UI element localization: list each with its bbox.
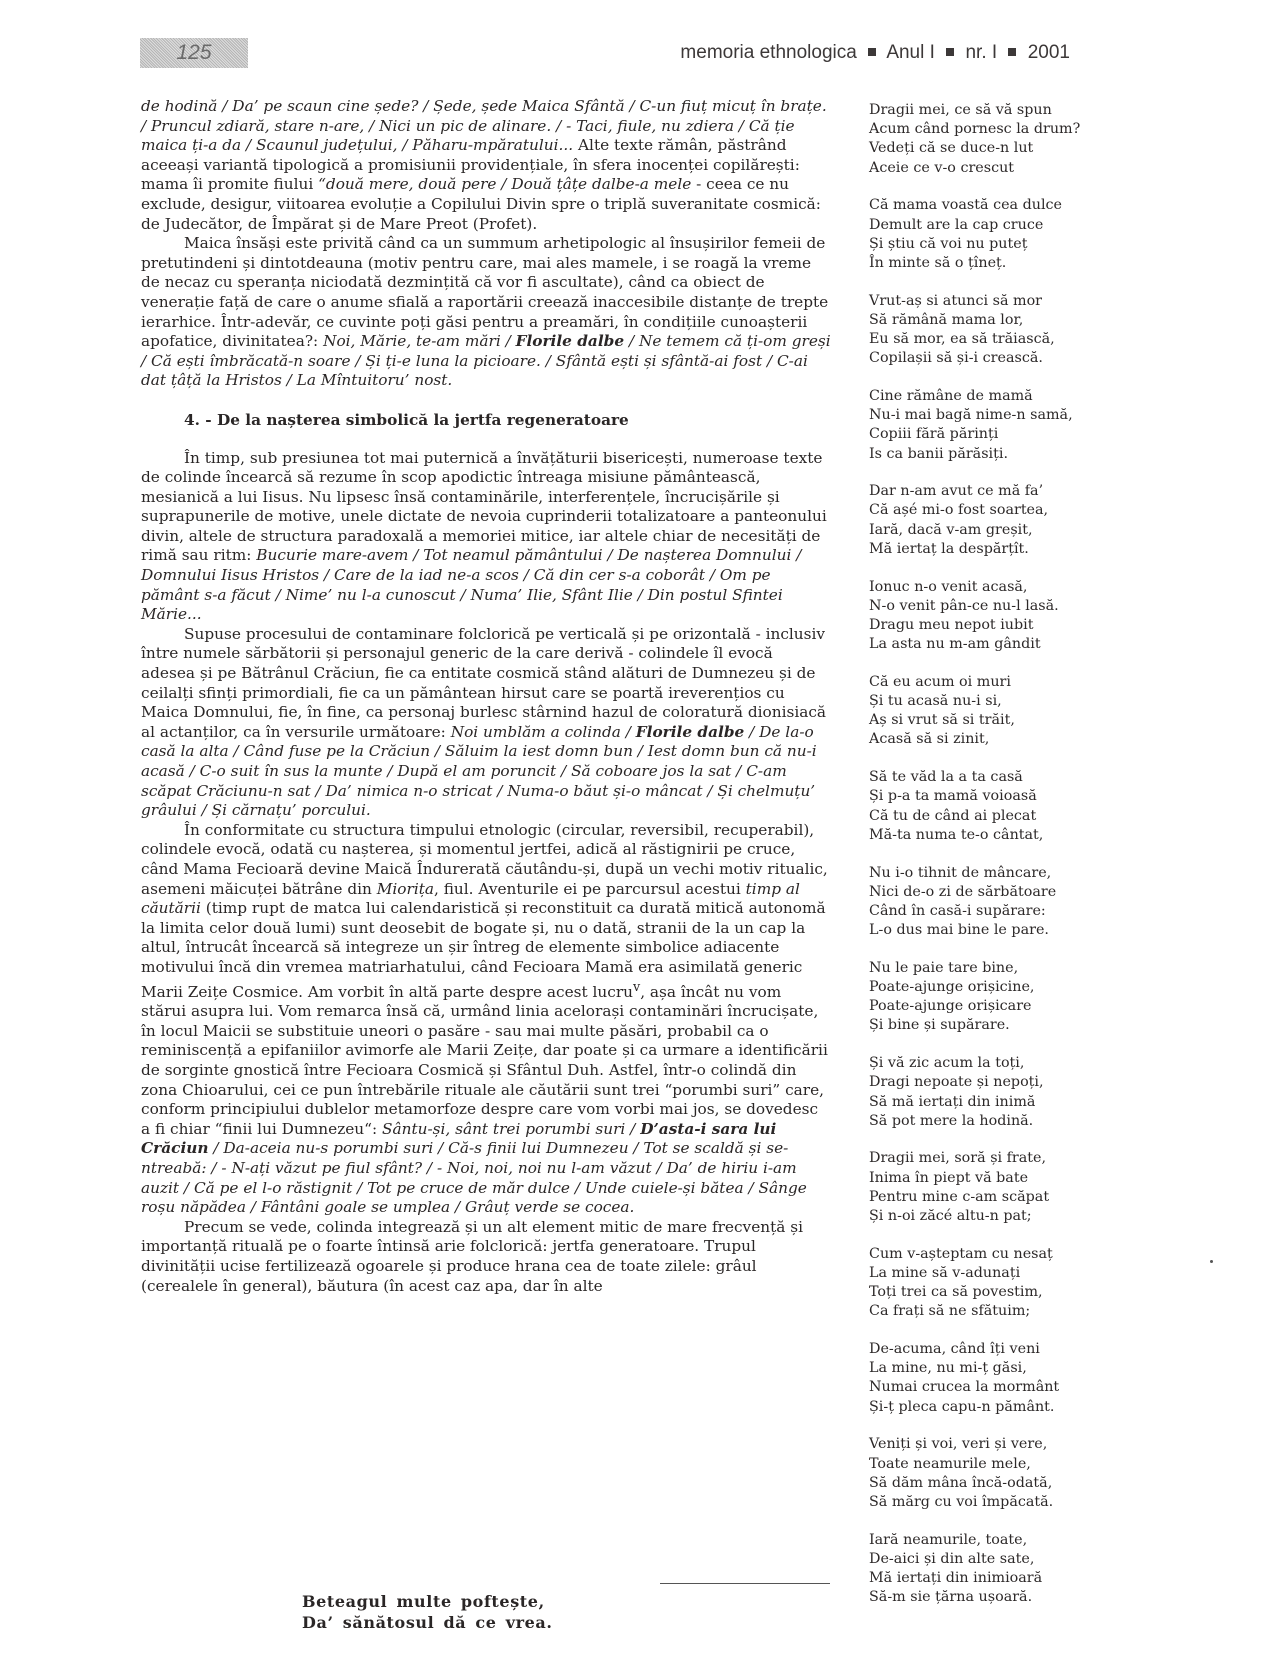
poem-line: Și n-oi zăcé altu-n pat; xyxy=(869,1207,1129,1226)
square-bullet-icon xyxy=(946,48,954,56)
article-paragraph: În conformitate cu structura timpului et… xyxy=(141,821,831,1218)
poem-line: Poate-ajunge orișicine, xyxy=(869,978,1129,997)
poem-stanza: Nu i-o tihnit de mâncare,Nici de-o zi de… xyxy=(869,864,1129,941)
paragraph-text: , așa încât nu vom stărui asupra lui. Vo… xyxy=(141,983,828,1138)
section-paragraphs: În timp, sub presiunea tot mai puternică… xyxy=(141,449,831,1297)
poem-line: Copiii fără părinți xyxy=(869,425,1129,444)
poem-line: De-aici și din alte sate, xyxy=(869,1550,1129,1569)
poem-line: Mă-ta numa te-o cântat, xyxy=(869,826,1129,845)
poem-line: Eu să mor, ea să trăiască, xyxy=(869,330,1129,349)
poem-line: În minte să o țîneț. xyxy=(869,254,1129,273)
poem-line: Toate neamurile mele, xyxy=(869,1455,1129,1474)
poem-line: Să mărg cu voi împăcată. xyxy=(869,1493,1129,1512)
square-bullet-icon xyxy=(1008,48,1016,56)
poem-line: Și vă zic acum la toți, xyxy=(869,1054,1129,1073)
poem-line: Să pot mere la hodină. xyxy=(869,1112,1129,1131)
poem-line: Acasă să si zinit, xyxy=(869,730,1129,749)
poem-line: Vedeți că se duce-n lut xyxy=(869,139,1129,158)
paragraph-text: Noi umblăm a colinda / xyxy=(451,723,636,741)
poem-line: Nu-i mai bagă nime-n samă, xyxy=(869,406,1129,425)
poem-line: Să-m sie țărna ușoară. xyxy=(869,1588,1129,1607)
footnote-divider xyxy=(660,1583,830,1584)
poem-line: Inima în piept vă bate xyxy=(869,1169,1129,1188)
journal-running-head: memoria ethnologica Anul I nr. I 2001 xyxy=(680,42,1070,64)
article-body: de hodină / Da’ pe scaun cine șede? / Șe… xyxy=(141,97,831,1296)
poem-line: Ca frați să ne sfătuim; xyxy=(869,1302,1129,1321)
page-number: 125 xyxy=(176,41,211,64)
article-paragraph: Precum se vede, colinda integrează și un… xyxy=(141,1218,831,1296)
poem-stanza: Și vă zic acum la toți,Dragi nepoate și … xyxy=(869,1054,1129,1131)
poem-stanza: Nu le paie tare bine,Poate-ajunge orișic… xyxy=(869,959,1129,1036)
poem-line: Dragi nepoate și nepoți, xyxy=(869,1073,1129,1092)
paragraph-text: Miorița xyxy=(377,880,434,898)
poem-line: Și p-a ta mamă voioasă xyxy=(869,787,1129,806)
poem-stanza: Cum v-așteptam cu nesațLa mine să v-adun… xyxy=(869,1245,1129,1322)
article-paragraph: În timp, sub presiunea tot mai puternică… xyxy=(141,449,831,625)
journal-title: memoria ethnologica xyxy=(680,42,856,63)
poem-line: Și-ț pleca capu-n pământ. xyxy=(869,1398,1129,1417)
poem-line: Vrut-aș si atunci să mor xyxy=(869,292,1129,311)
paragraph-text: / Da-aceia nu-s porumbi suri / Că-s fini… xyxy=(141,1139,807,1216)
poem-stanza: Să te văd la a ta casăȘi p-a ta mamă voi… xyxy=(869,768,1129,845)
poem-stanza: Dar n-am avut ce mă fa’Că așé mi-o fost … xyxy=(869,482,1129,559)
poem-stanza: Că mama voastă cea dulceDemult are la ca… xyxy=(869,196,1129,273)
poem-line: Pentru mine c-am scăpat xyxy=(869,1188,1129,1207)
poem-line: Să te văd la a ta casă xyxy=(869,768,1129,787)
poem-line: Veniți și voi, veri și vere, xyxy=(869,1435,1129,1454)
proverb-line: Da’ sănătosul dă ce vrea. xyxy=(302,1612,553,1633)
poem-line: La mine să v-adunați xyxy=(869,1264,1129,1283)
poem-line: Să dăm mâna încă-odată, xyxy=(869,1474,1129,1493)
poem-line: Aceie ce v-o crescut xyxy=(869,159,1129,178)
poem-line: Iară neamurile, toate, xyxy=(869,1531,1129,1550)
poem-line: Să rămână mama lor, xyxy=(869,311,1129,330)
poem-line: La mine, nu mi-ț găsi, xyxy=(869,1359,1129,1378)
article-paragraph: de hodină / Da’ pe scaun cine șede? / Șe… xyxy=(141,97,831,234)
running-header: 125 memoria ethnologica Anul I nr. I 200… xyxy=(140,38,1070,70)
poem-line: Poate-ajunge orișicare xyxy=(869,997,1129,1016)
refrain-text: Florile dalbe xyxy=(516,332,624,350)
poem-stanza: Veniți și voi, veri și vere,Toate neamur… xyxy=(869,1435,1129,1512)
poem-line: Iară, dacă v-am greșit, xyxy=(869,521,1129,540)
poem-line: Dar n-am avut ce mă fa’ xyxy=(869,482,1129,501)
poem-line: Nu i-o tihnit de mâncare, xyxy=(869,864,1129,883)
page-number-box: 125 xyxy=(140,38,248,68)
poem-line: Toți trei ca să povestim, xyxy=(869,1283,1129,1302)
proverb-epigraph: Beteagul multe poftește, Da’ sănătosul d… xyxy=(302,1591,553,1633)
refrain-text: Florile dalbe xyxy=(636,723,744,741)
poem-line: L-o dus mai bine le pare. xyxy=(869,921,1129,940)
poem-stanza: Dragii mei, ce să vă spunAcum când porne… xyxy=(869,101,1129,178)
poem-line: Dragii mei, soră și frate, xyxy=(869,1149,1129,1168)
poem-line: Mă iertați din inimioară xyxy=(869,1569,1129,1588)
paragraph-text: Sântu-și, sânt trei porumbi suri / xyxy=(382,1120,640,1138)
poem-line: Că eu acum oi muri xyxy=(869,673,1129,692)
intro-paragraphs: de hodină / Da’ pe scaun cine șede? / Șe… xyxy=(141,97,831,391)
journal-volume: Anul I xyxy=(886,42,935,63)
paragraph-text: “două mere, două pere / Două țâțe dalbe-… xyxy=(318,175,691,193)
poem-stanza: Dragii mei, soră și frate,Inima în piept… xyxy=(869,1149,1129,1226)
poem-line: Dragii mei, ce să vă spun xyxy=(869,101,1129,120)
poem-line: Copilașii să și-i crească. xyxy=(869,349,1129,368)
poem-stanza: Cine rămâne de mamăNu-i mai bagă nime-n … xyxy=(869,387,1129,464)
poem-line: Aș si vrut să si trăit, xyxy=(869,711,1129,730)
poem-line: Cum v-așteptam cu nesaț xyxy=(869,1245,1129,1264)
poem-line: Că așé mi-o fost soartea, xyxy=(869,501,1129,520)
poem-stanza: De-acuma, când îți veniLa mine, nu mi-ț … xyxy=(869,1340,1129,1417)
poem-stanza: Vrut-aș si atunci să morSă rămână mama l… xyxy=(869,292,1129,369)
poem-line: Când în casă-i supărare: xyxy=(869,902,1129,921)
journal-year: 2001 xyxy=(1028,42,1070,63)
poem-line: N-o venit pân-ce nu-l lasă. xyxy=(869,597,1129,616)
poem-line: Ionuc n-o venit acasă, xyxy=(869,578,1129,597)
poem-line: Numai crucea la mormânt xyxy=(869,1378,1129,1397)
journal-issue: nr. I xyxy=(965,42,997,63)
poem-line: Nu le paie tare bine, xyxy=(869,959,1129,978)
poem-line: Cine rămâne de mamă xyxy=(869,387,1129,406)
square-bullet-icon xyxy=(868,48,876,56)
paragraph-text: , fiul. Aventurile ei pe parcursul acest… xyxy=(434,880,746,898)
poem-line: Că mama voastă cea dulce xyxy=(869,196,1129,215)
article-paragraph: Supuse procesului de contaminare folclor… xyxy=(141,625,831,821)
poem-line: Că tu de când ai plecat xyxy=(869,807,1129,826)
poem-line: Mă iertaț la despărțît. xyxy=(869,540,1129,559)
section-heading: 4. - De la nașterea simbolică la jertfa … xyxy=(184,411,831,431)
poem-stanza: Că eu acum oi muriȘi tu acasă nu-i si,Aș… xyxy=(869,673,1129,750)
paragraph-text: Noi, Mărie, te-am mări / xyxy=(323,332,516,350)
poem-line: Nici de-o zi de sărbătoare xyxy=(869,883,1129,902)
poem-column: Dragii mei, ce să vă spunAcum când porne… xyxy=(869,101,1129,1626)
scan-speck xyxy=(1210,1260,1213,1263)
poem-line: Și tu acasă nu-i si, xyxy=(869,692,1129,711)
poem-line: De-acuma, când îți veni xyxy=(869,1340,1129,1359)
poem-line: Și bine și supărare. xyxy=(869,1016,1129,1035)
poem-stanza: Ionuc n-o venit acasă,N-o venit pân-ce n… xyxy=(869,578,1129,655)
poem-line: La asta nu m-am gândit xyxy=(869,635,1129,654)
proverb-line: Beteagul multe poftește, xyxy=(302,1591,553,1612)
poem-line: Dragu meu nepot iubit xyxy=(869,616,1129,635)
poem-line: Acum când pornesc la drum? xyxy=(869,120,1129,139)
poem-line: Să mă iertați din inimă xyxy=(869,1093,1129,1112)
poem-line: Is ca banii părăsiți. xyxy=(869,445,1129,464)
poem-line: Demult are la cap cruce xyxy=(869,216,1129,235)
poem-line: Și știu că voi nu puteț xyxy=(869,235,1129,254)
paragraph-text: Precum se vede, colinda integrează și un… xyxy=(141,1218,803,1295)
article-paragraph: Maica însăși este privită când ca un sum… xyxy=(141,234,831,391)
poem-stanza: Iară neamurile, toate,De-aici și din alt… xyxy=(869,1531,1129,1608)
